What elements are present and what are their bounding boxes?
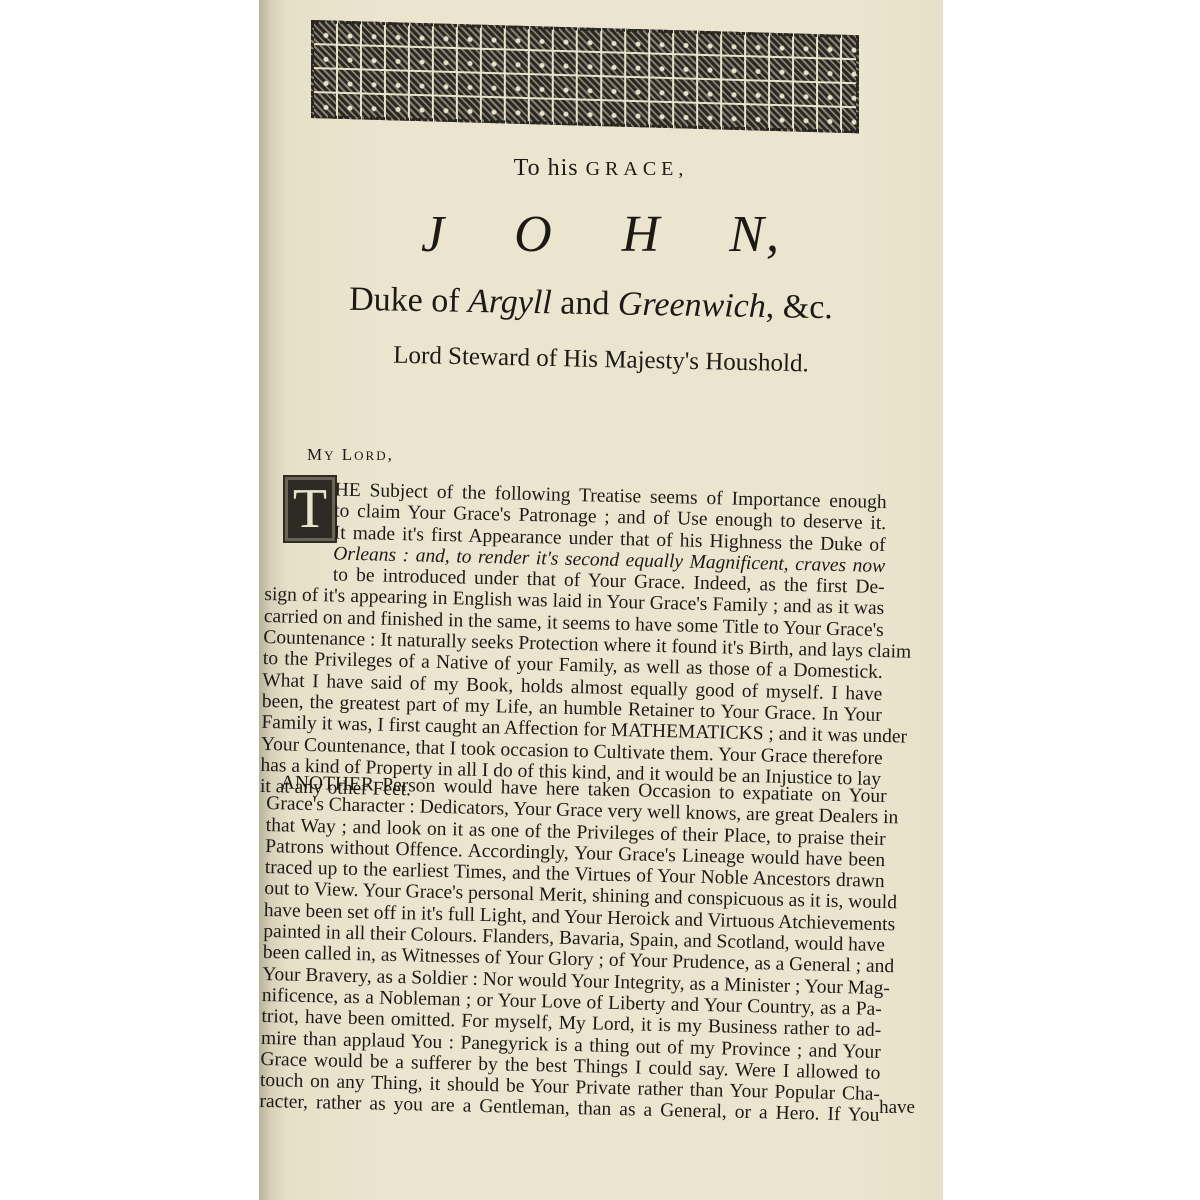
decorative-headpiece-ornament	[311, 20, 859, 133]
dedication-heading-line1: To his GRACE,	[259, 155, 943, 182]
name-letter: J	[421, 205, 446, 264]
dedicatee-office: Lord Steward of His Majesty's Houshold.	[259, 339, 943, 381]
name-letter: N,	[729, 205, 781, 264]
paragraph-1: HE Subject of the following Treatise see…	[260, 478, 887, 811]
title-greenwich: Greenwich	[618, 285, 767, 325]
salutation-part: ORD	[354, 448, 387, 463]
paragraph-2: ANOTHER Person would have here taken Occ…	[259, 772, 887, 1127]
book-page: To his GRACE, JOHN, Duke of Argyll and G…	[259, 0, 943, 1200]
title-text: Duke of	[349, 281, 460, 320]
name-letter: O	[514, 205, 554, 264]
name-letter: H	[622, 205, 662, 264]
salutation-part: Y	[324, 448, 335, 463]
title-text: , &c.	[765, 288, 833, 326]
salutation-part: L	[342, 445, 354, 464]
salutation-part: M	[307, 445, 324, 464]
heading-grace: GRACE,	[586, 158, 689, 180]
catchword: have	[879, 1097, 915, 1119]
salutation: MY LORD,	[307, 445, 394, 465]
dedicatee-name: JOHN,	[259, 205, 943, 264]
title-text: and	[560, 284, 610, 322]
title-argyll: Argyll	[468, 283, 552, 321]
dedicatee-title: Duke of Argyll and Greenwich, &c.	[249, 279, 934, 329]
heading-prefix: To his	[514, 155, 579, 181]
salutation-part: ,	[388, 445, 394, 464]
